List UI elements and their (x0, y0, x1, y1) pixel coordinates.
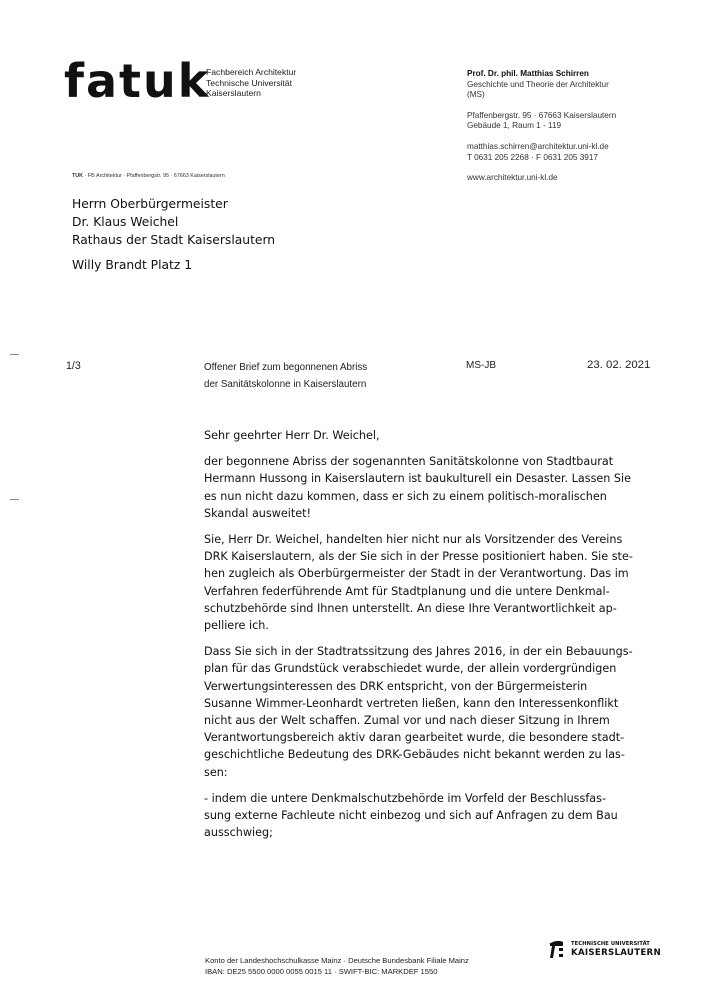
text-line: Skandal ausweitet! (204, 505, 664, 522)
recipient-name: Dr. Klaus Weichel (72, 213, 275, 231)
subject-line: Offener Brief zum begonnenen Abriss (204, 360, 367, 377)
text-line: sen: (204, 764, 664, 781)
sender-dept: Geschichte und Theorie der Architektur (467, 80, 667, 91)
text-line: - indem die untere Denkmalschutzbehörde … (204, 790, 664, 807)
page-number: 1/3 (66, 360, 81, 372)
reference-code: MS-JB (466, 360, 496, 371)
text-line: Dass Sie sich in der Stadtratssitzung de… (204, 643, 664, 660)
text-line: pelliere ich. (204, 617, 664, 634)
text-line: DRK Kaiserslautern, als der Sie sich in … (204, 548, 664, 565)
bullet-paragraph: - indem die untere Denkmalschutzbehörde … (204, 790, 664, 842)
paragraph: der begonnene Abriss der sogenannten San… (204, 453, 664, 522)
sender-address: Pfaffenbergstr. 95 · 67663 Kaiserslauter… (467, 111, 667, 122)
text-line: Sie, Herr Dr. Weichel, handelten hier ni… (204, 531, 664, 548)
tu-logo-icon (549, 939, 565, 959)
sender-email[interactable]: matthias.schirren@architektur.uni-kl.de (467, 142, 667, 153)
text-line: schutzbehörde sind Ihnen unterstellt. An… (204, 600, 664, 617)
letter-date: 23. 02. 2021 (587, 359, 650, 371)
text-line: nicht aus der Welt schaffen. Zumal vor u… (204, 712, 664, 729)
institution-line: Fachbereich Architektur (206, 67, 296, 78)
text-line: geschichtliche Bedeutung des DRK-Gebäude… (204, 746, 664, 763)
text-line: Verantwortungsbereich aktiv daran gearbe… (204, 729, 664, 746)
recipient-org: Rathaus der Stadt Kaiserslautern (72, 231, 275, 249)
text-line: Verfahren federführende Amt für Stadtpla… (204, 583, 664, 600)
fold-mark (10, 499, 19, 500)
iban-line: IBAN: DE25 5500 0000 0055 0015 11 · SWIF… (205, 967, 469, 978)
tu-kaiserslautern-logo: TECHNISCHE UNIVERSITÄT KAISERSLAUTERN (549, 939, 661, 959)
bank-details: Konto der Landeshochschulkasse Mainz · D… (205, 956, 469, 977)
tu-logo-line: KAISERSLAUTERN (571, 949, 661, 958)
subject: Offener Brief zum begonnenen Abriss der … (204, 360, 367, 393)
institution-block: Fachbereich Architektur Technische Unive… (206, 67, 296, 99)
recipient-block: Herrn Oberbürgermeister Dr. Klaus Weiche… (72, 195, 275, 274)
text-line: plan für das Grundstück verabschiedet wu… (204, 660, 664, 677)
return-address-rest: · FB Architektur · Pfaffenbergstr. 95 · … (83, 173, 225, 179)
recipient-street: Willy Brandt Platz 1 (72, 256, 275, 274)
sender-block: Prof. Dr. phil. Matthias Schirren Geschi… (467, 69, 667, 184)
institution-line: Technische Universität (206, 78, 296, 89)
institution-line: Kaiserslautern (206, 88, 296, 99)
text-line: sung externe Fachleute nicht einbezog un… (204, 807, 664, 824)
text-line: Verwertungsinteressen des DRK entspricht… (204, 678, 664, 695)
text-line: Susanne Wimmer-Leonhardt vertreten ließe… (204, 695, 664, 712)
sender-phone-fax: T 0631 205 2268 · F 0631 205 3917 (467, 153, 667, 164)
recipient-title: Herrn Oberbürgermeister (72, 195, 275, 213)
sender-website[interactable]: www.architektur.uni-kl.de (467, 173, 667, 184)
fold-mark (10, 354, 19, 355)
paragraph: Dass Sie sich in der Stadtratssitzung de… (204, 643, 664, 781)
sender-name: Prof. Dr. phil. Matthias Schirren (467, 69, 667, 80)
bank-line: Konto der Landeshochschulkasse Mainz · D… (205, 956, 469, 967)
letter-body: Sehr geehrter Herr Dr. Weichel, der bego… (204, 427, 664, 850)
text-line: Hermann Hussong in Kaiserslautern ist ba… (204, 470, 664, 487)
tu-logo-text: TECHNISCHE UNIVERSITÄT KAISERSLAUTERN (571, 940, 661, 958)
sender-room: Gebäude 1, Raum 1 - 119 (467, 121, 667, 132)
subject-line: der Sanitätskolonne in Kaiserslautern (204, 377, 367, 394)
text-line: ausschwieg; (204, 824, 664, 841)
paragraph: Sie, Herr Dr. Weichel, handelten hier ni… (204, 531, 664, 634)
text-line: hen zugleich als Oberbürgermeister der S… (204, 565, 664, 582)
sender-dept-abbr: (MS) (467, 90, 667, 101)
return-address: TUK · FB Architektur · Pfaffenbergstr. 9… (72, 173, 225, 179)
fatuk-logo: fatuk (64, 58, 210, 104)
return-address-org: TUK (72, 173, 83, 179)
text-line: der begonnene Abriss der sogenannten San… (204, 453, 664, 470)
text-line: es nun nicht dazu kommen, dass er sich z… (204, 488, 664, 505)
salutation: Sehr geehrter Herr Dr. Weichel, (204, 427, 664, 444)
